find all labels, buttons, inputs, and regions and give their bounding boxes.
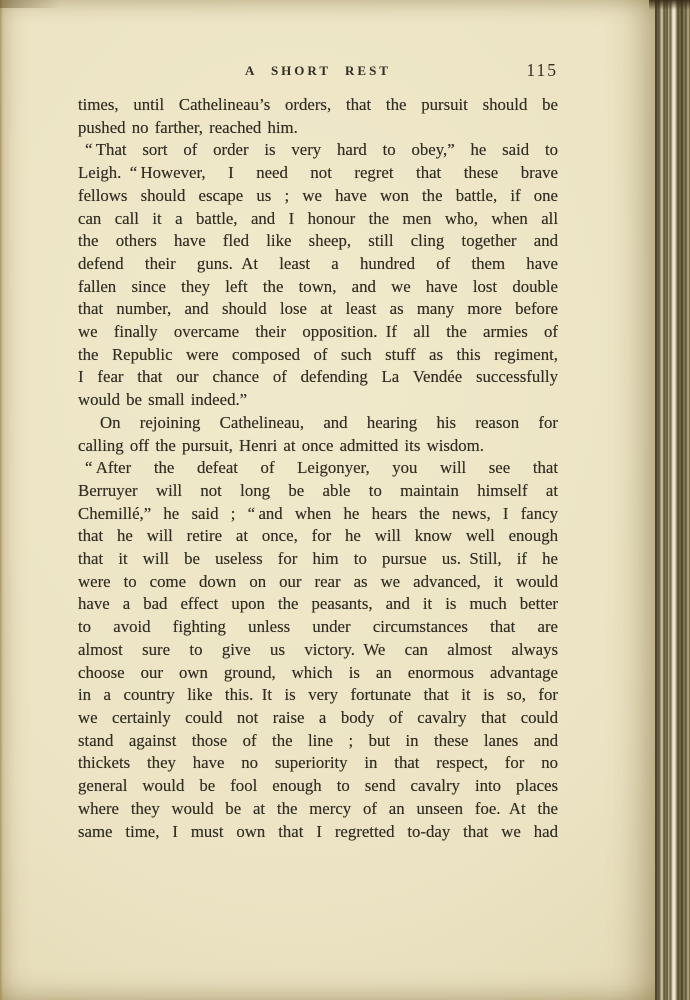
scanned-book-page: A SHORT REST 115 times, until Cathelinea… [0,0,690,1000]
text-line: defend their guns. At least a hundred of… [78,253,558,276]
page-left-edge [0,0,3,1000]
text-line: that number, and should lose at least as… [78,298,558,321]
text-line: fallen since they left the town, and we … [78,276,558,299]
text-line: calling off the pursuit, Henri at once a… [78,435,558,458]
text-line: choose our own ground, which is an enorm… [78,662,558,685]
text-line: Chemillé,” he said ; “ and when he hears… [78,503,558,526]
book-cover-corner [649,0,690,10]
text-line: have a bad effect upon the peasants, and… [78,593,558,616]
text-line: I fear that our chance of defending La V… [78,366,558,389]
page-paper: A SHORT REST 115 times, until Cathelinea… [0,0,655,1000]
text-line: “ That sort of order is very hard to obe… [78,139,558,162]
text-line: Leigh. “ However, I need not regret that… [78,162,558,185]
text-line: general would be fool enough to send cav… [78,775,558,798]
scan-corner-shadow [0,0,60,8]
text-line: Berruyer will not long be able to mainta… [78,480,558,503]
text-line: stand against those of the line ; but in… [78,730,558,753]
text-line: can call it a battle, and I honour the m… [78,208,558,231]
text-line: thickets they have no superiority in tha… [78,752,558,775]
text-line: would be small indeed.” [78,389,558,412]
text-line: in a country like this. It is very fortu… [78,684,558,707]
text-line: On rejoining Cathelineau, and hearing hi… [78,412,558,435]
text-line: that it will be useless for him to pursu… [78,548,558,571]
page-number: 115 [526,60,558,81]
text-line: were to come down on our rear as we adva… [78,571,558,594]
page-header: A SHORT REST 115 [78,60,558,82]
text-line: the others have fled like sheep, still c… [78,230,558,253]
text-line: to avoid fighting unless under circumsta… [78,616,558,639]
page-body-text: times, until Cathelineau’s orders, that … [78,94,558,843]
text-line: where they would be at the mercy of an u… [78,798,558,821]
text-line: almost sure to give us victory. We can a… [78,639,558,662]
text-line: the Republic were composed of such stuff… [78,344,558,367]
running-title: A SHORT REST [245,63,391,79]
text-line: we certainly could not raise a body of c… [78,707,558,730]
text-line: same time, I must own that I regretted t… [78,821,558,844]
book-page-edges [655,0,690,1000]
text-line: we finally overcame their opposition. If… [78,321,558,344]
text-line: times, until Cathelineau’s orders, that … [78,94,558,117]
text-line: that he will retire at once, for he will… [78,525,558,548]
text-line: pushed no farther, reached him. [78,117,558,140]
text-line: fellows should escape us ; we have won t… [78,185,558,208]
text-line: “ After the defeat of Leigonyer, you wil… [78,457,558,480]
